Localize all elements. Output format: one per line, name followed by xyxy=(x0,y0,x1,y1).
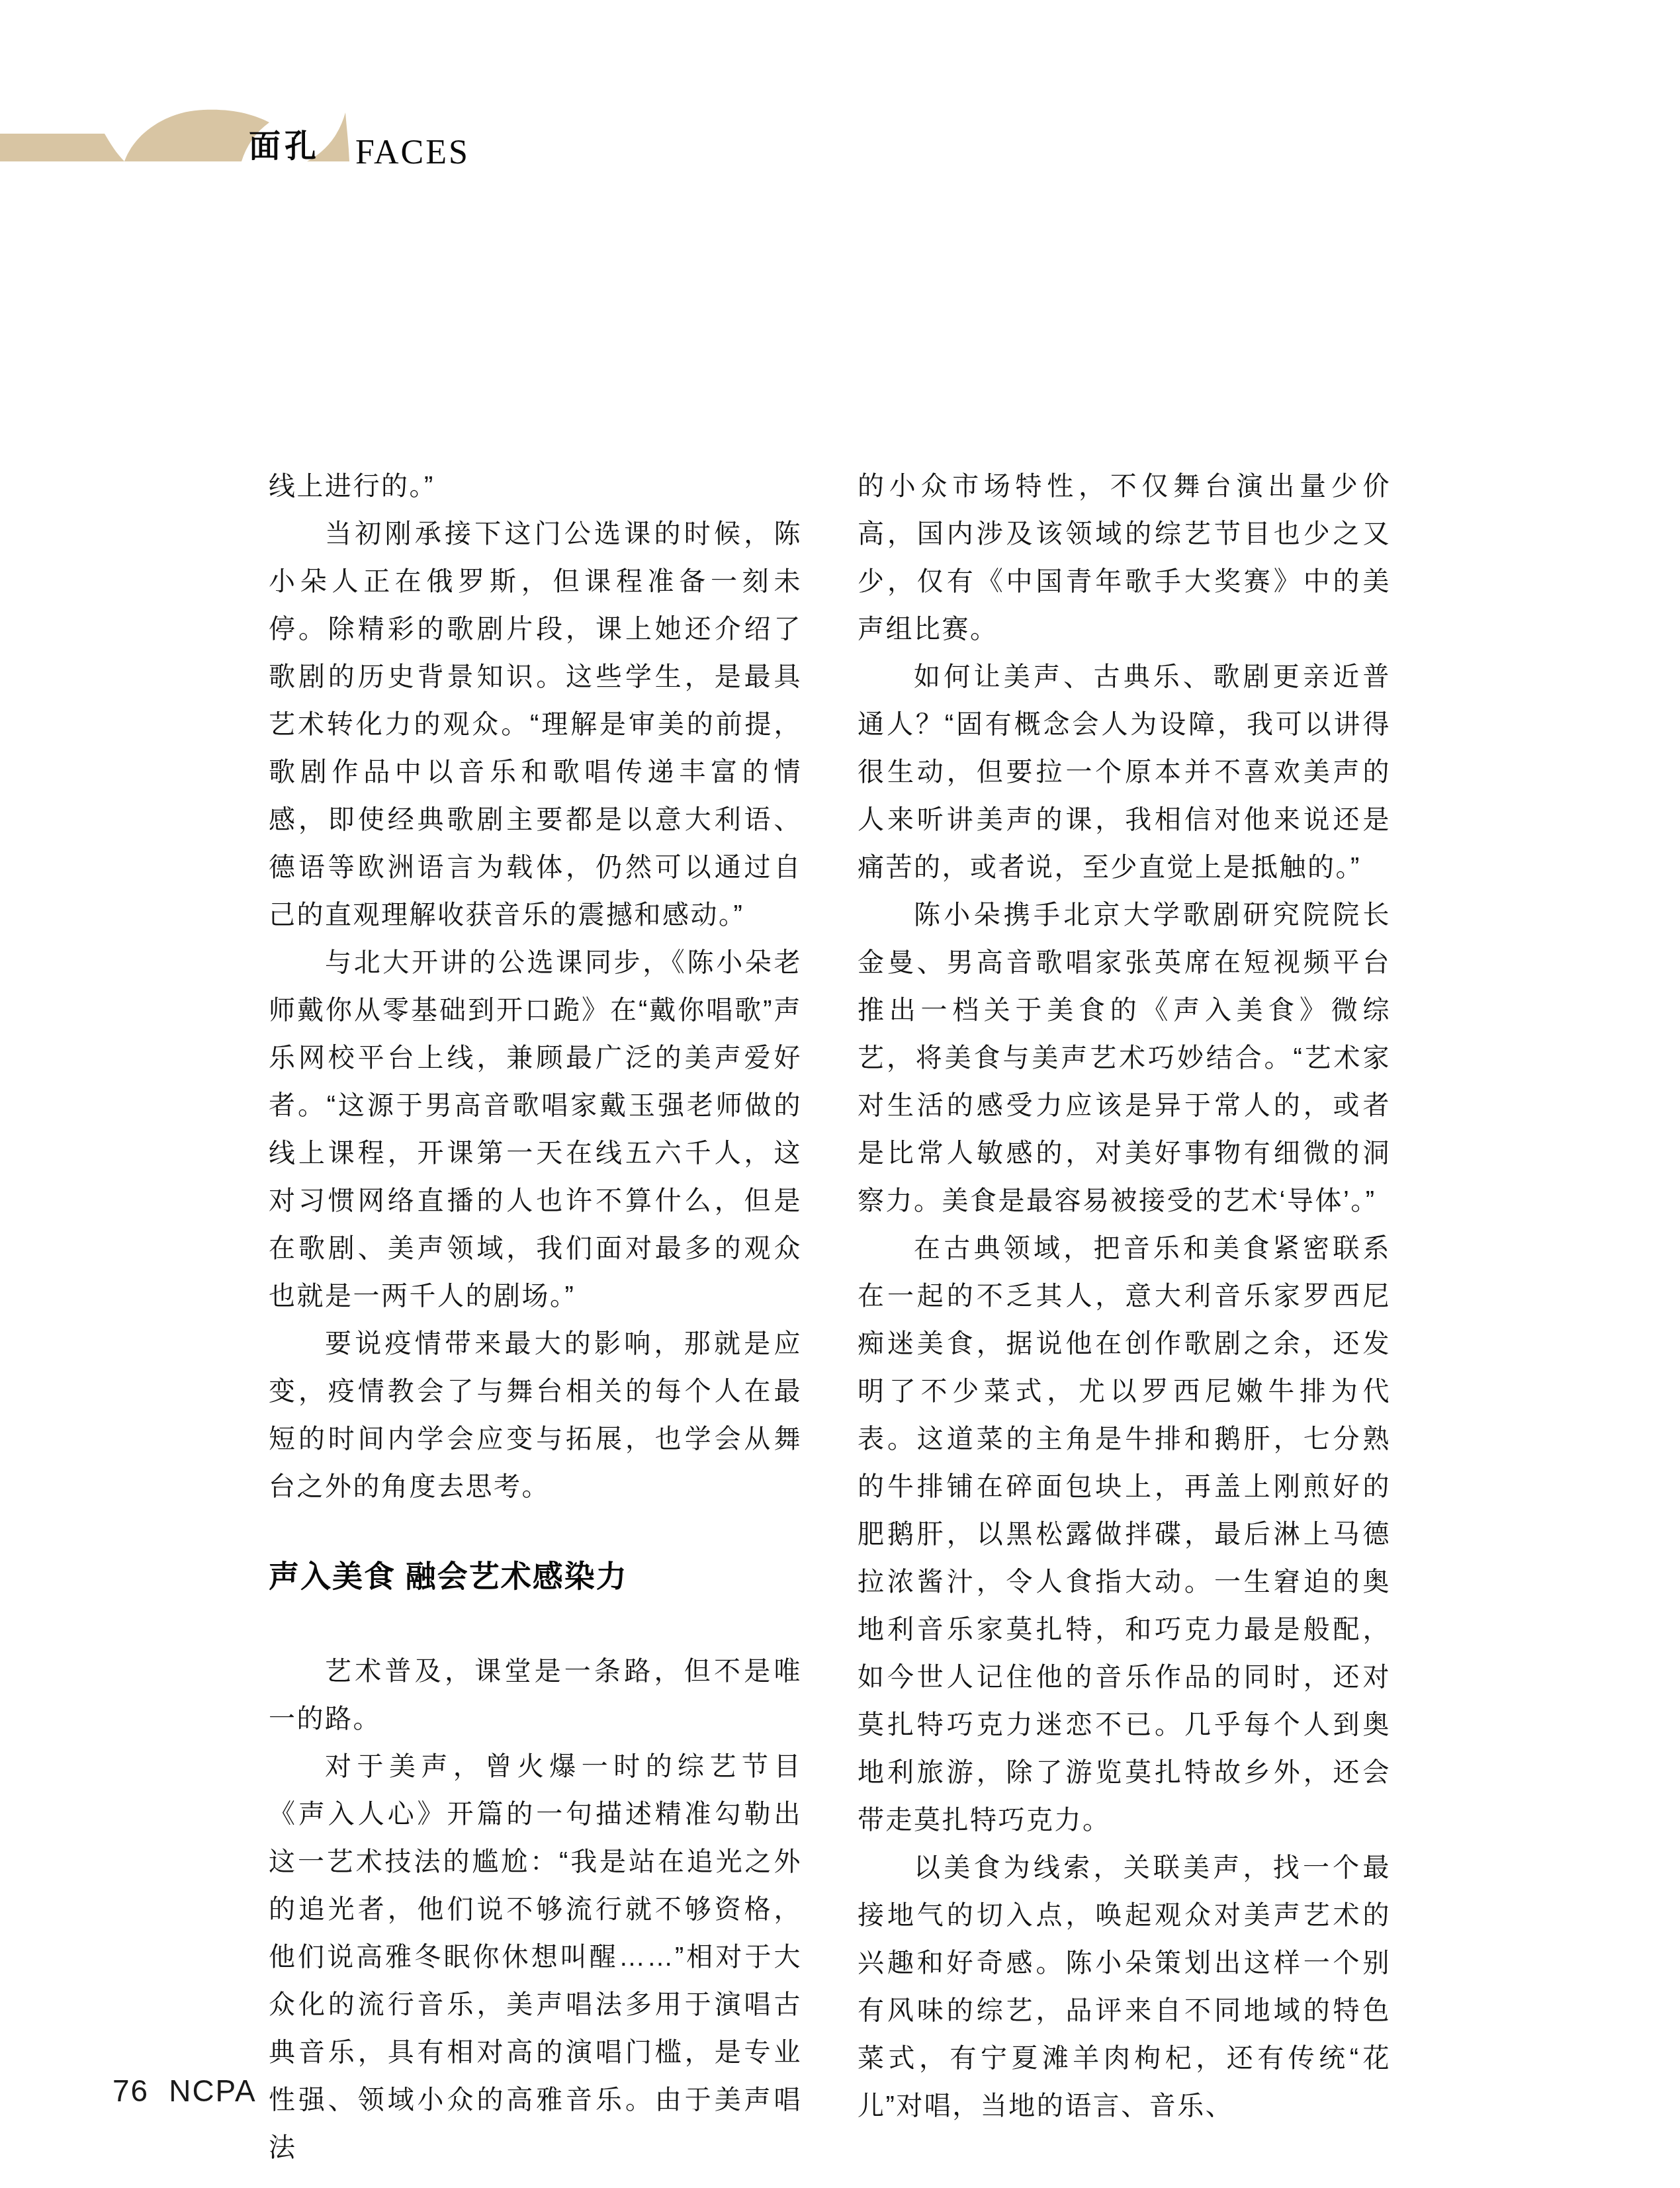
section-subheading: 声入美食 融会艺术感染力 xyxy=(269,1552,802,1600)
page-footer: 76 NCPA xyxy=(112,2073,257,2109)
section-title-chinese: 面孔 xyxy=(249,131,320,163)
paragraph: 以美食为线索，关联美声，找一个最接地气的切入点，唤起观众对美声艺术的兴趣和好奇感… xyxy=(858,1844,1391,2130)
paragraph: 如何让美声、古典乐、歌剧更亲近普通人？“固有概念会人为设障，我可以讲得很生动，但… xyxy=(858,653,1391,891)
header-leaf-shape xyxy=(124,110,269,161)
left-column: 线上进行的。” 当初刚承接下这门公选课的时候，陈小朵人正在俄罗斯，但课程准备一刻… xyxy=(269,462,802,2171)
paragraph: 要说疫情带来最大的影响，那就是应变，疫情教会了与舞台相关的每个人在最短的时间内学… xyxy=(269,1320,802,1510)
header-bar-shape xyxy=(0,134,124,161)
section-title-english: FACES xyxy=(355,136,470,170)
paragraph: 与北大开讲的公选课同步，《陈小朵老师戴你从零基础到开口跪》在“戴你唱歌”声乐网校… xyxy=(269,939,802,1320)
journal-abbrev: NCPA xyxy=(169,2073,256,2109)
paragraph: 在古典领域，把音乐和美食紧密联系在一起的不乏其人，意大利音乐家罗西尼痴迷美食，据… xyxy=(858,1225,1391,1844)
page-number: 76 xyxy=(112,2073,149,2109)
magazine-page: 面孔 FACES 线上进行的。” 当初刚承接下这门公选课的时候，陈小朵人正在俄罗… xyxy=(0,0,1680,2188)
paragraph: 当初刚承接下这门公选课的时候，陈小朵人正在俄罗斯，但课程准备一刻未停。除精彩的歌… xyxy=(269,510,802,939)
right-column: 的小众市场特性，不仅舞台演出量少价高，国内涉及该领域的综艺节目也少之又少，仅有《… xyxy=(858,462,1391,2130)
paragraph-continuation: 线上进行的。” xyxy=(269,462,802,510)
paragraph: 艺术普及，课堂是一条路，但不是唯一的路。 xyxy=(269,1647,802,1743)
paragraph: 对于美声，曾火爆一时的综艺节目《声入人心》开篇的一句描述精准勾勒出这一艺术技法的… xyxy=(269,1743,802,2171)
paragraph-continuation: 的小众市场特性，不仅舞台演出量少价高，国内涉及该领域的综艺节目也少之又少，仅有《… xyxy=(858,462,1391,653)
paragraph: 陈小朵携手北京大学歌剧研究院院长金曼、男高音歌唱家张英席在短视频平台推出一档关于… xyxy=(858,891,1391,1225)
